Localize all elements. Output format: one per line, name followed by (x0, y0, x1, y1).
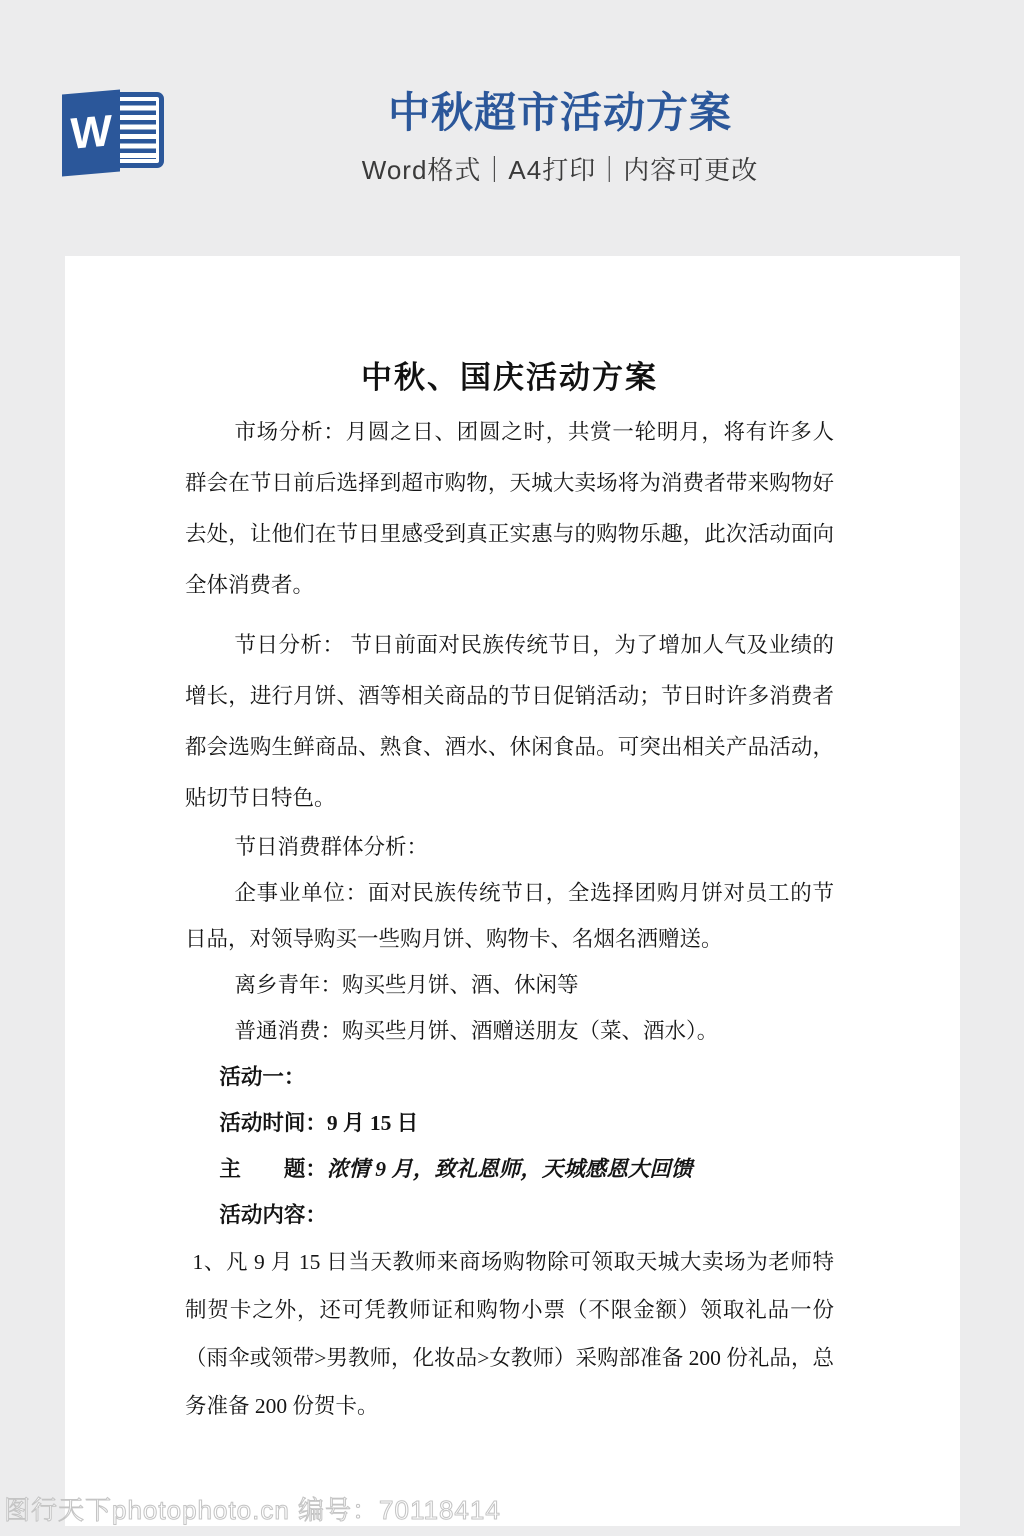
template-title: 中秋超市活动方案 (160, 88, 960, 138)
header-text: 中秋超市活动方案 Word格式｜A4打印｜内容可更改 (160, 88, 960, 187)
header: W 中秋超市活动方案 Word格式｜A4打印｜内容可更改 (0, 0, 1024, 256)
theme-text: 浓情 9 月，致礼恩师，天城感恩大回馈 (327, 1157, 693, 1181)
document-page: 中秋、国庆活动方案 市场分析：月圆之日、团圆之时，共赏一轮明月，将有许多人群会在… (65, 256, 960, 1526)
document-title: 中秋、国庆活动方案 (185, 352, 834, 397)
word-icon-w-flag: W (62, 89, 120, 176)
word-icon-letter: W (70, 109, 112, 157)
template-preview-background: W 中秋超市活动方案 Word格式｜A4打印｜内容可更改 中秋、国庆活动方案 市… (0, 0, 1024, 1536)
template-subtitle: Word格式｜A4打印｜内容可更改 (160, 150, 960, 187)
word-icon: W (62, 86, 164, 188)
heading-activity-one: 活动一： (185, 1054, 834, 1100)
heading-activity-theme: 主 题：浓情 9 月，致礼恩师，天城感恩大回馈 (185, 1146, 834, 1192)
paragraph-enterprise-units: 企事业单位：面对民族传统节日，全选择团购月饼对员工的节日品，对领导购买一些购月饼… (185, 870, 834, 962)
word-icon-text-lines (118, 101, 156, 159)
paragraph-general-consumers: 普通消费：购买些月饼、酒赠送朋友（菜、酒水）。 (185, 1008, 834, 1054)
paragraph-festival-analysis: 节日分析： 节日前面对民族传统节日，为了增加人气及业绩的增长，进行月饼、酒等相关… (185, 620, 834, 824)
paragraph-activity-detail-1: 1、凡 9 月 15 日当天教师来商场购物除可领取天城大卖场为老师特制贺卡之外，… (185, 1238, 834, 1430)
theme-label: 主 题： (219, 1157, 327, 1181)
heading-activity-content: 活动内容： (185, 1192, 834, 1238)
watermark-site-id: 图行天下photophoto.cn 编号：70118414 (4, 1490, 501, 1527)
paragraph-young-away-from-home: 离乡青年：购买些月饼、酒、休闲等 (185, 962, 834, 1008)
paragraph-consumer-groups-heading: 节日消费群体分析： (185, 824, 834, 870)
paragraph-market-analysis: 市场分析：月圆之日、团圆之时，共赏一轮明月，将有许多人群会在节日前后选择到超市购… (185, 407, 834, 611)
heading-activity-time: 活动时间：9 月 15 日 (185, 1100, 834, 1146)
